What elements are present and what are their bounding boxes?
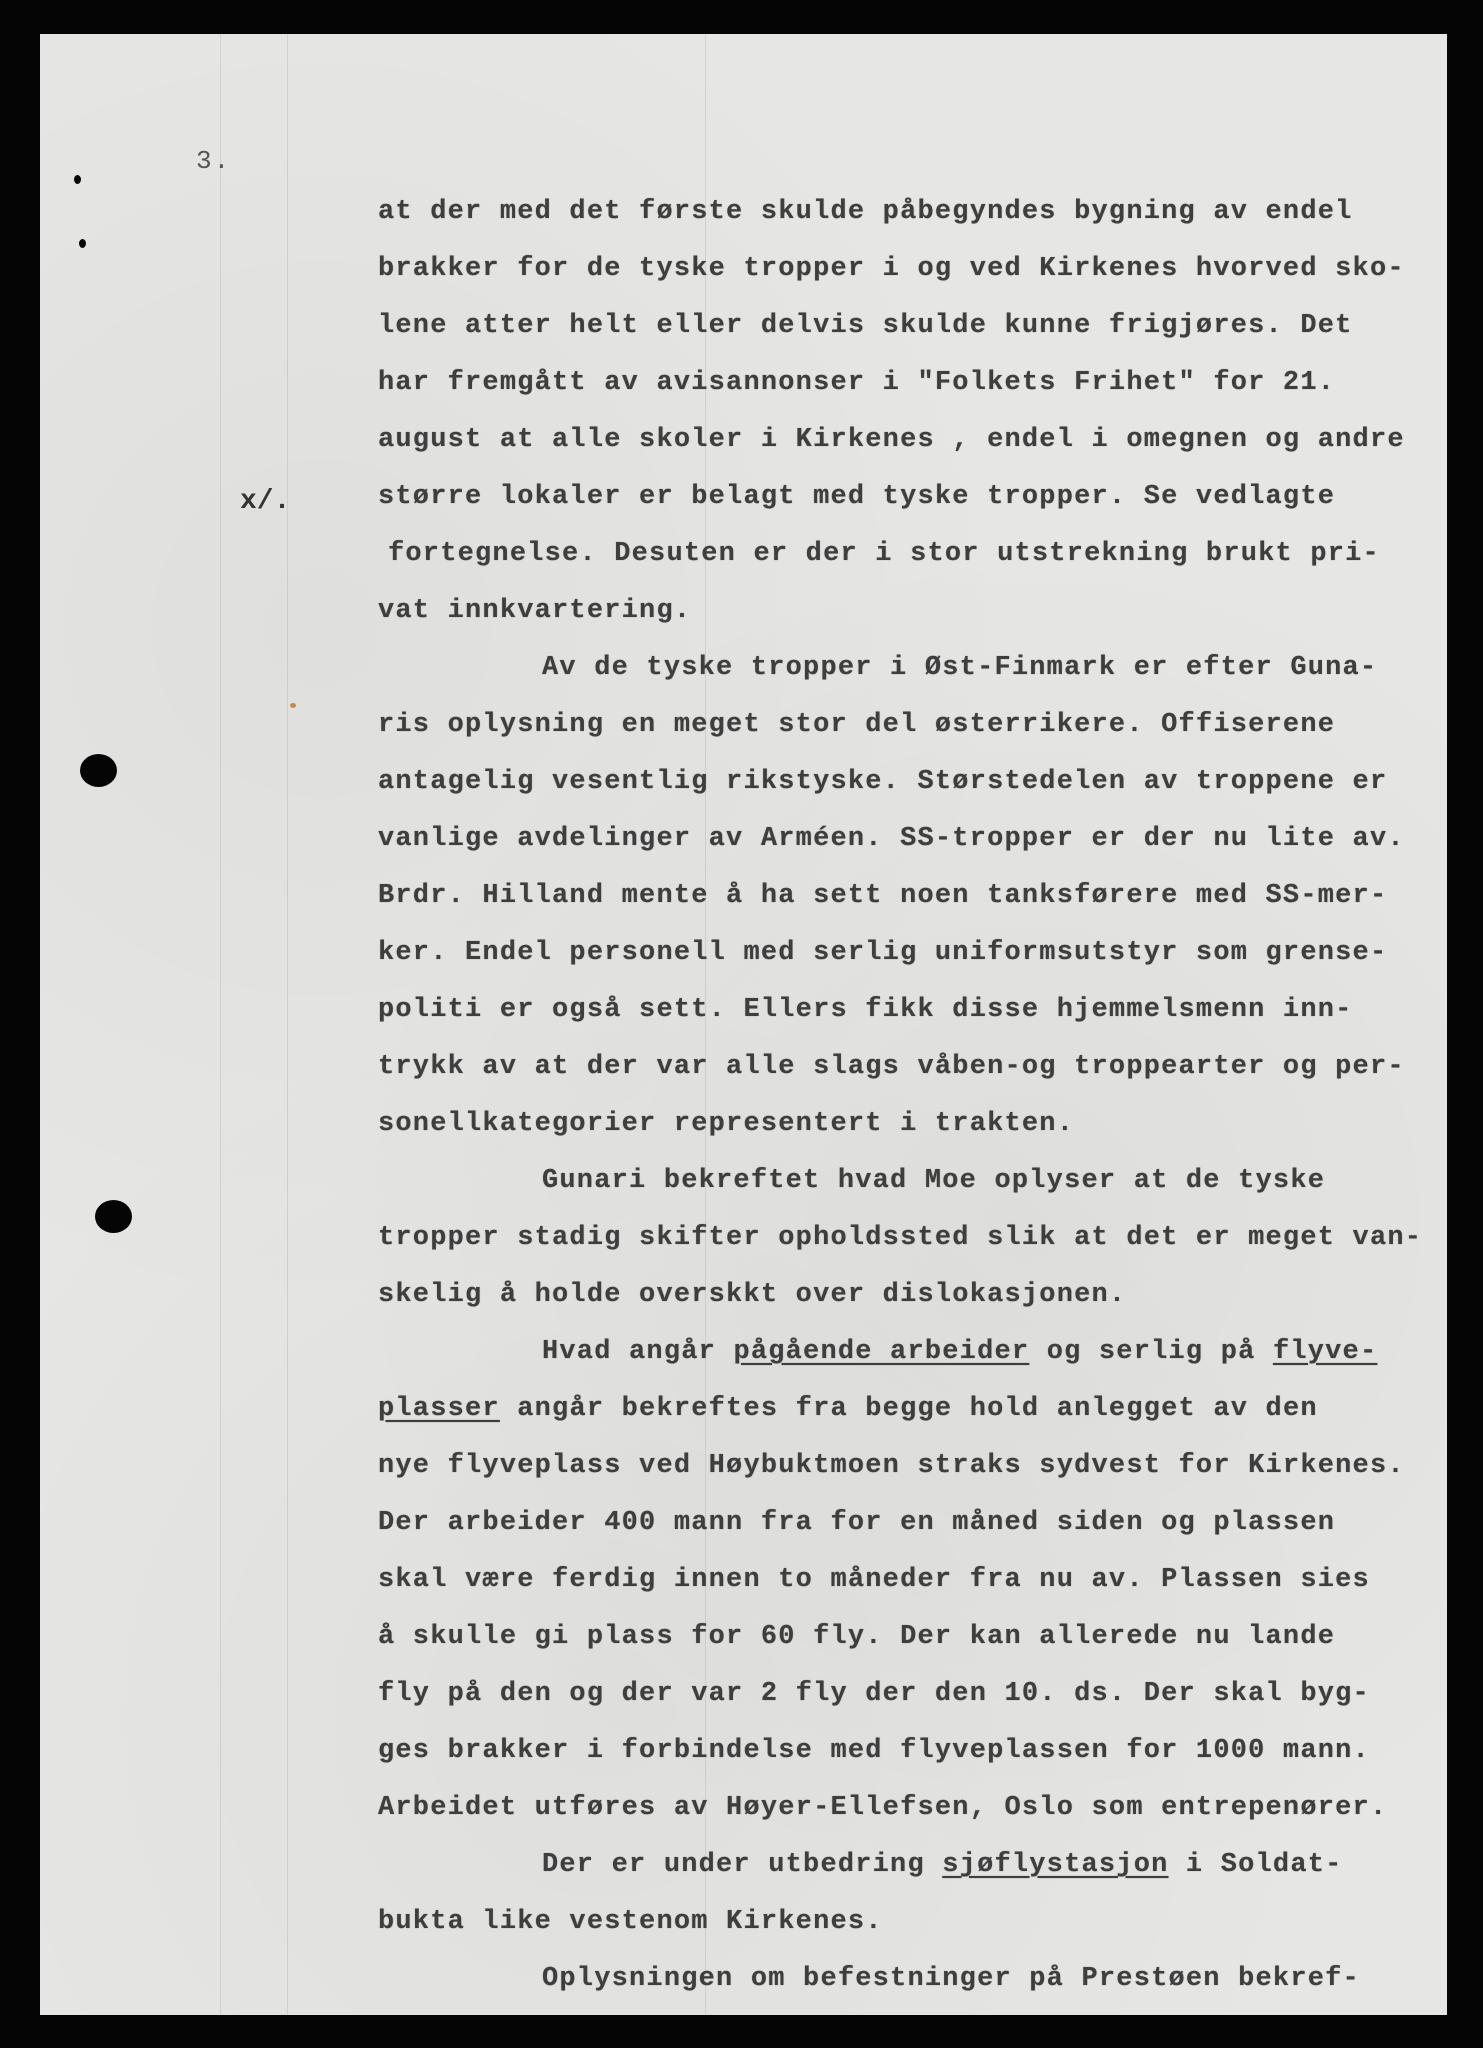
text-span: Der er under utbedring bbox=[542, 1850, 942, 1880]
underlined-phrase: sjøflystasjon bbox=[942, 1850, 1168, 1880]
text-line: politi er også sett. Ellers fikk disse h… bbox=[378, 982, 1398, 1039]
text-line: nye flyveplass ved Høybuktmoen straks sy… bbox=[378, 1438, 1398, 1495]
text-line: fortegnelse. Desuten er der i stor utstr… bbox=[378, 526, 1398, 583]
text-line: at der med det første skulde påbegyndes … bbox=[378, 184, 1398, 241]
text-line: vat innkvartering. bbox=[378, 583, 1398, 640]
underlined-phrase: pågående arbeider bbox=[733, 1337, 1029, 1367]
text-line: fly på den og der var 2 fly der den 10. … bbox=[378, 1666, 1398, 1723]
text-line: antagelig vesentlig rikstyske. Størstede… bbox=[378, 754, 1398, 811]
text-line: har fremgått av avisannonser i "Folkets … bbox=[378, 355, 1398, 412]
punch-hole-icon bbox=[79, 239, 86, 248]
text-line: sonellkategorier representert i trakten. bbox=[378, 1096, 1398, 1153]
text-line: Brdr. Hilland mente å ha sett noen tanks… bbox=[378, 868, 1398, 925]
text-line: å skulle gi plass for 60 fly. Der kan al… bbox=[378, 1609, 1398, 1666]
fold-line bbox=[287, 34, 288, 2015]
text-line: større lokaler er belagt med tyske tropp… bbox=[378, 469, 1398, 526]
text-line: vanlige avdelinger av Arméen. SS-tropper… bbox=[378, 811, 1398, 868]
text-span: og serlig på bbox=[1029, 1337, 1273, 1367]
paragraph-start-line: Av de tyske tropper i Øst-Finmark er eft… bbox=[378, 640, 1398, 697]
text-line: bukta like vestenom Kirkenes. bbox=[378, 1894, 1398, 1951]
text-line: ris oplysning en meget stor del østerrik… bbox=[378, 697, 1398, 754]
text-line: trykk av at der var alle slags våben-og … bbox=[378, 1039, 1398, 1096]
paragraph-start-line: Der er under utbedring sjøflystasjon i S… bbox=[378, 1837, 1398, 1894]
text-line: skal være ferdig innen to måneder fra nu… bbox=[378, 1552, 1398, 1609]
paragraph-start-line: Gunari bekreftet hvad Moe oplyser at de … bbox=[378, 1153, 1398, 1210]
paragraph-start-line: Oplysningen om befestninger på Prestøen … bbox=[378, 1951, 1398, 2008]
text-line: ker. Endel personell med serlig uniforms… bbox=[378, 925, 1398, 982]
text-span: i Soldat- bbox=[1169, 1850, 1343, 1880]
page-number: 3. bbox=[196, 146, 231, 176]
typewritten-body: at der med det første skulde påbegyndes … bbox=[378, 184, 1398, 2008]
margin-attachment-mark: x/. bbox=[240, 486, 290, 517]
underlined-phrase: flyve- bbox=[1273, 1337, 1377, 1367]
text-line: lene atter helt eller delvis skulde kunn… bbox=[378, 298, 1398, 355]
text-line: Der arbeider 400 mann fra for en måned s… bbox=[378, 1495, 1398, 1552]
text-line: Arbeidet utføres av Høyer-Ellefsen, Oslo… bbox=[378, 1780, 1398, 1837]
paragraph-start-line: Hvad angår pågående arbeider og serlig p… bbox=[378, 1324, 1398, 1381]
fold-line bbox=[220, 34, 221, 2015]
punch-hole-icon bbox=[74, 175, 81, 184]
text-line: plasser angår bekreftes fra begge hold a… bbox=[378, 1381, 1398, 1438]
punch-hole-icon bbox=[95, 1200, 132, 1233]
punch-hole-icon bbox=[80, 754, 117, 787]
text-line: brakker for de tyske tropper i og ved Ki… bbox=[378, 241, 1398, 298]
text-line: tropper stadig skifter opholdssted slik … bbox=[378, 1210, 1398, 1267]
text-line: ges brakker i forbindelse med flyveplass… bbox=[378, 1723, 1398, 1780]
underlined-phrase: plasser bbox=[378, 1394, 500, 1424]
document-page: 3. x/. at der med det første skulde påbe… bbox=[40, 34, 1447, 2015]
text-span: Hvad angår bbox=[542, 1337, 733, 1367]
text-line: august at alle skoler i Kirkenes , endel… bbox=[378, 412, 1398, 469]
text-span: angår bekreftes fra begge hold anlegget … bbox=[500, 1394, 1318, 1424]
ink-stain bbox=[290, 703, 296, 708]
text-line: skelig å holde overskkt over dislokasjon… bbox=[378, 1267, 1398, 1324]
